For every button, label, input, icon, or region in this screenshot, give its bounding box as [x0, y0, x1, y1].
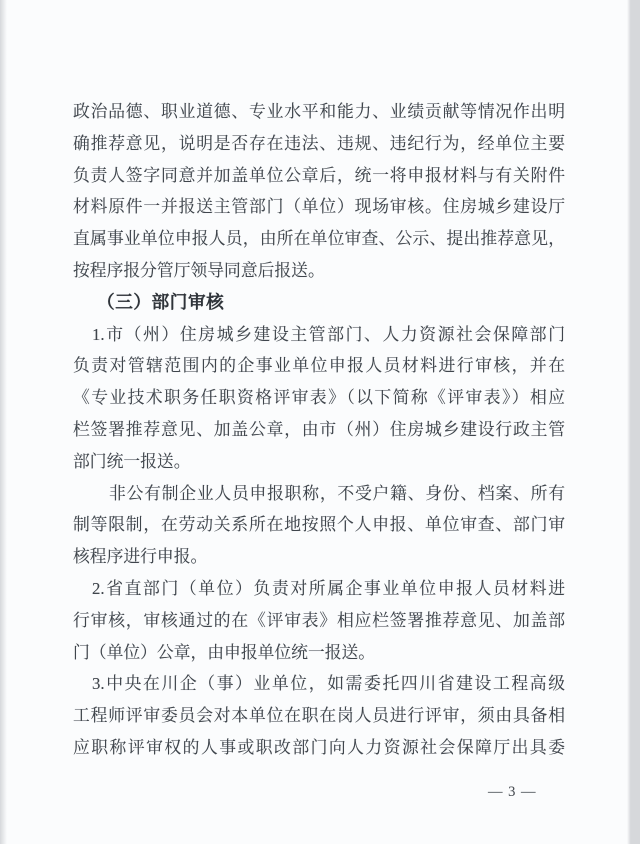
text-line: 行审核，审核通过的在《评审表》相应栏签署推荐意见、加盖部: [73, 605, 565, 637]
text-line: 工程师评审委员会对本单位在职在岗人员进行评审，须由具备相: [73, 700, 565, 732]
text-line: 部门统一报送。: [73, 446, 565, 478]
text-line: 制等限制，在劳动关系所在地按照个人申报、单位审查、部门审: [73, 509, 565, 541]
text-line: 政治品德、职业道德、专业水平和能力、业绩贡献等情况作出明: [73, 96, 565, 128]
text-line: 负责人签字同意并加盖单位公章后，统一将申报材料与有关附件: [73, 160, 565, 192]
text-line: 2.省直部门（单位）负责对所属企事业单位申报人员材料进: [73, 573, 565, 605]
document-body: 政治品德、职业道德、专业水平和能力、业绩贡献等情况作出明确推荐意见，说明是否存在…: [73, 96, 565, 764]
section-heading: （三）部门审核: [73, 287, 565, 319]
text-line: 门（单位）公章，由申报单位统一报送。: [73, 637, 565, 669]
document-page: 政治品德、职业道德、专业水平和能力、业绩贡献等情况作出明确推荐意见，说明是否存在…: [0, 0, 640, 844]
text-line: 1.市（州）住房城乡建设主管部门、人力资源社会保障部门: [73, 319, 565, 351]
page-left-edge-shadow: [0, 0, 7, 844]
text-line: 核程序进行申报。: [73, 541, 565, 573]
page-right-edge-shadow: [627, 0, 640, 844]
page-number: — 3 —: [488, 781, 537, 803]
text-line: 栏签署推荐意见、加盖公章，由市（州）住房城乡建设行政主管: [73, 414, 565, 446]
text-line: 负责对管辖范围内的企事业单位申报人员材料进行审核，并在: [73, 350, 565, 382]
text-line: 《专业技术职务任职资格评审表》（以下简称《评审表》）相应: [73, 382, 565, 414]
text-line: 确推荐意见，说明是否存在违法、违规、违纪行为，经单位主要: [73, 128, 565, 160]
text-line: 应职称评审权的人事或职改部门向人力资源社会保障厅出具委: [73, 732, 565, 764]
text-line: 3.中央在川企（事）业单位，如需委托四川省建设工程高级: [73, 668, 565, 700]
text-line: 材料原件一并报送主管部门（单位）现场审核。住房城乡建设厅: [73, 191, 565, 223]
text-line: 非公有制企业人员申报职称，不受户籍、身份、档案、所有: [73, 478, 565, 510]
text-line: 按程序报分管厅领导同意后报送。: [73, 255, 565, 287]
text-line: 直属事业单位申报人员，由所在单位审查、公示、提出推荐意见，: [73, 223, 565, 255]
